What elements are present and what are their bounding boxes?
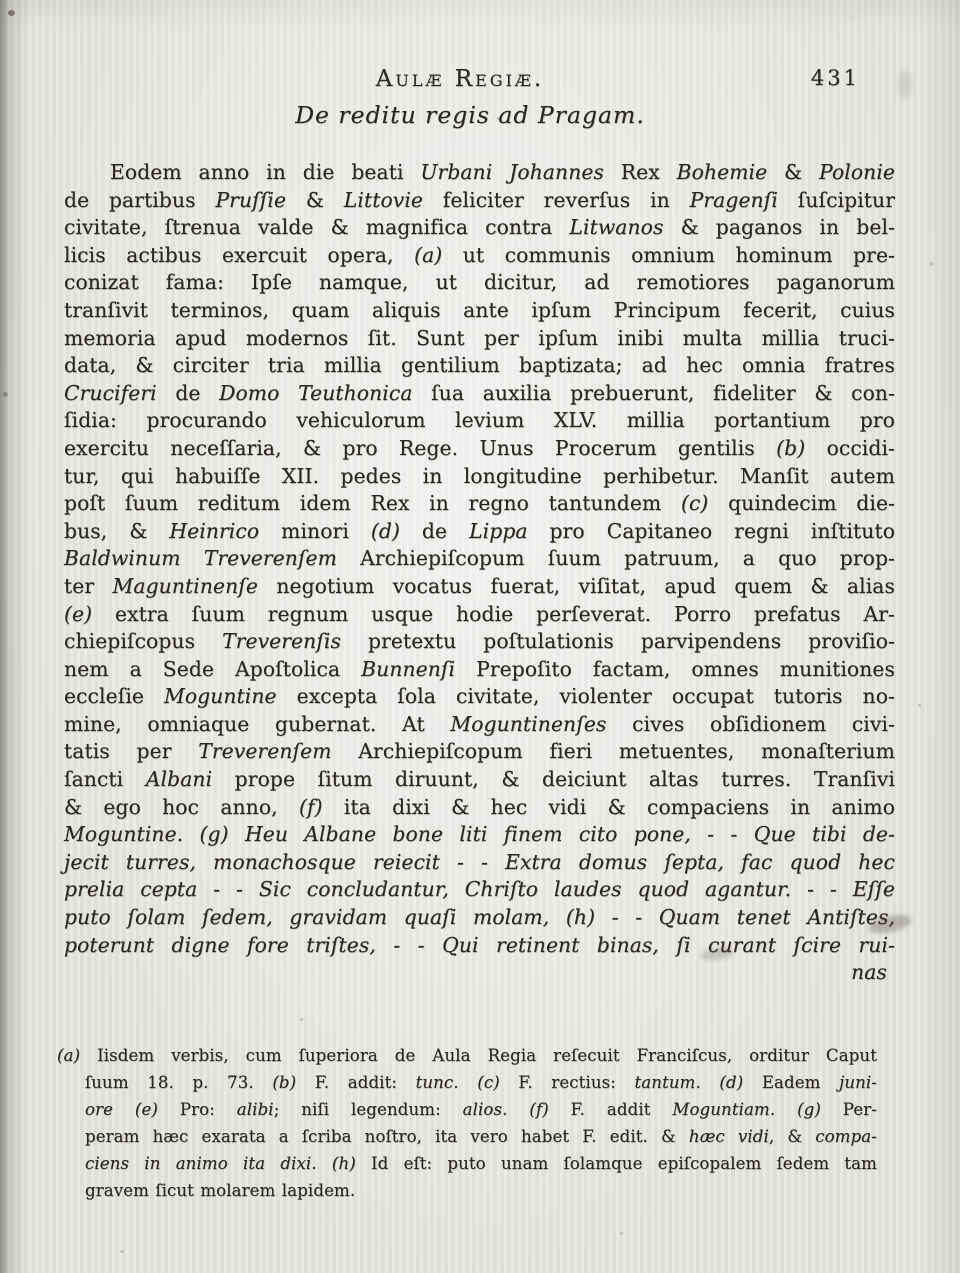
text-run: Pro: bbox=[158, 1100, 237, 1119]
text-run bbox=[459, 1073, 478, 1092]
text-run: ſua auxilia prebuerunt, fideliter & con- bbox=[413, 381, 895, 405]
text-line: eccleſie Moguntine excepta ſola civitate… bbox=[64, 683, 895, 711]
text-run: ſancti bbox=[64, 767, 146, 791]
text-line: (e) extra ſuum regnum usque hodie perſev… bbox=[64, 601, 895, 629]
italic-text-run: (a) bbox=[57, 1046, 80, 1065]
text-line: nem a Sede Apoſtolica Bunnenſi Prepoſito… bbox=[64, 656, 895, 684]
running-header-title: Aulæ Regiæ. bbox=[0, 66, 920, 92]
italic-text-run: ore bbox=[85, 1100, 113, 1119]
text-run: F. addit: bbox=[296, 1073, 415, 1092]
text-run: feliciter reverſus in bbox=[423, 188, 690, 212]
text-run: Prepoſito factam, omnes munitiones bbox=[455, 657, 895, 681]
text-run: ; niſi legendum: bbox=[274, 1100, 463, 1119]
text-line: Moguntine. (g) Heu Albane bone liti fine… bbox=[64, 821, 895, 849]
italic-text-run: ciens in animo ita dixi. bbox=[85, 1154, 317, 1173]
text-run: & bbox=[767, 160, 819, 184]
italic-text-run: poterunt digne fore triſtes, - - Qui ret… bbox=[64, 933, 895, 957]
body-text: Eodem anno in die beati Urbani Johannes … bbox=[64, 159, 895, 987]
text-line: memoria apud modernos ſit. Sunt per ipſu… bbox=[64, 325, 895, 353]
text-run: negotium vocatus fuerat, viſitat, apud q… bbox=[258, 574, 895, 598]
ink-smudge bbox=[898, 70, 912, 100]
scanned-book-page: Aulæ Regiæ. 431 De reditu regis ad Praga… bbox=[0, 0, 960, 1273]
italic-text-run: (a) bbox=[414, 243, 442, 267]
text-run: ſuſcipitur bbox=[778, 188, 895, 212]
italic-text-run: (d) bbox=[371, 519, 400, 543]
text-run bbox=[775, 1100, 797, 1119]
italic-text-run: hæc vidi bbox=[689, 1127, 769, 1146]
italic-text-run: Heinrico bbox=[169, 519, 259, 543]
text-run: pretextu poſtulationis parvipendens prov… bbox=[341, 629, 895, 653]
text-line: conizat fama: Ipſe namque, ut dicitur, a… bbox=[64, 269, 895, 297]
paper-speck bbox=[3, 392, 8, 397]
catchword: nas bbox=[64, 959, 895, 987]
paper-speck bbox=[300, 1018, 303, 1021]
italic-text-run: (b) bbox=[776, 436, 805, 460]
text-line: jecit turres, monachosque reiecit - - Ex… bbox=[64, 849, 895, 877]
paper-speck bbox=[8, 10, 15, 16]
italic-text-run: tantum. bbox=[635, 1073, 701, 1092]
text-run: Iisdem verbis, cum ſuperiora de Aula Reg… bbox=[80, 1046, 877, 1065]
text-line: puto ſolam ſedem, gravidam quaſi molam, … bbox=[64, 904, 895, 932]
paper-speck bbox=[918, 704, 921, 707]
text-run: F. rectius: bbox=[500, 1073, 635, 1092]
italic-text-run: alios. bbox=[463, 1100, 508, 1119]
text-run: eccleſie bbox=[64, 684, 164, 708]
italic-text-run: Baldwinum Treverenſem bbox=[64, 546, 337, 570]
text-run: Archiepiſcopum ſuum patruum, a quo prop- bbox=[337, 546, 895, 570]
text-run: Archiepiſcopum fieri metuentes, monaſter… bbox=[332, 739, 895, 763]
italic-text-run: Lippa bbox=[469, 519, 528, 543]
paper-speck bbox=[930, 262, 933, 266]
text-line: ſidia: procurando vehiculorum levium XLV… bbox=[64, 407, 895, 435]
paper-speck bbox=[120, 1250, 124, 1253]
text-run bbox=[317, 1154, 332, 1173]
text-run: de bbox=[400, 519, 469, 543]
text-line: licis actibus exercuit opera, (a) ut com… bbox=[64, 242, 895, 270]
text-run: data, & circiter tria millia gentilium b… bbox=[64, 353, 895, 377]
text-run: , & bbox=[769, 1127, 815, 1146]
text-line: ore (e) Pro: alibi; niſi legendum: alios… bbox=[57, 1096, 877, 1123]
text-run: tatis per bbox=[64, 739, 198, 763]
text-run: Rex bbox=[604, 160, 677, 184]
text-run: quindecim die- bbox=[708, 491, 895, 515]
footnotes-block: (a) Iisdem verbis, cum ſuperiora de Aula… bbox=[57, 1042, 877, 1204]
text-run: ſidia: procurando vehiculorum levium XLV… bbox=[64, 408, 895, 432]
text-run: pro Capitaneo regni inſtituto bbox=[528, 519, 895, 543]
italic-text-run: Cruciferi bbox=[64, 381, 157, 405]
italic-text-run: Pruſſie bbox=[215, 188, 286, 212]
text-run: ut communis omnium hominum pre- bbox=[442, 243, 895, 267]
italic-text-run: Bunnenſi bbox=[361, 657, 455, 681]
italic-text-run: puto ſolam ſedem, gravidam quaſi molam, … bbox=[64, 905, 895, 929]
text-run: de bbox=[157, 381, 219, 405]
text-line: prelia cepta - - Sic concludantur, Chriſ… bbox=[64, 876, 895, 904]
text-line: de partibus Pruſſie & Littovie feliciter… bbox=[64, 187, 895, 215]
text-line: civitate, ſtrenua valde & magnifica cont… bbox=[64, 214, 895, 242]
text-line: ſuum 18. p. 73. (b) F. addit: tunc. (c) … bbox=[57, 1069, 877, 1096]
italic-text-run: Treverenſem bbox=[198, 739, 331, 763]
text-run: licis actibus exercuit opera, bbox=[64, 243, 414, 267]
text-run: F. addit bbox=[549, 1100, 673, 1119]
text-line: peram hæc exarata a ſcriba noſtro, ita v… bbox=[57, 1123, 877, 1150]
text-run: tur, qui habuiſſe XII. pedes in longitud… bbox=[64, 464, 895, 488]
text-run bbox=[508, 1100, 530, 1119]
text-line: bus, & Heinrico minori (d) de Lippa pro … bbox=[64, 518, 895, 546]
text-run: ita dixi & hec vidi & compaciens in anim… bbox=[323, 795, 895, 819]
text-line: Cruciferi de Domo Teuthonica ſua auxilia… bbox=[64, 380, 895, 408]
italic-text-run: Pragenſi bbox=[690, 188, 778, 212]
italic-text-run: prelia cepta - - Sic concludantur, Chriſ… bbox=[64, 877, 895, 901]
italic-text-run: (d) bbox=[719, 1073, 743, 1092]
italic-text-run: juni- bbox=[839, 1073, 877, 1092]
italic-text-run: (c) bbox=[477, 1073, 500, 1092]
italic-text-run: (e) bbox=[64, 602, 92, 626]
italic-text-run: Moguntiam. bbox=[672, 1100, 775, 1119]
text-run bbox=[113, 1100, 135, 1119]
paper-speck bbox=[497, 117, 500, 120]
text-line: tur, qui habuiſſe XII. pedes in longitud… bbox=[64, 463, 895, 491]
italic-text-run: Maguntinenſe bbox=[113, 574, 258, 598]
text-line: poterunt digne fore triſtes, - - Qui ret… bbox=[64, 932, 895, 960]
text-run: bus, & bbox=[64, 519, 169, 543]
text-run: memoria apud modernos ſit. Sunt per ipſu… bbox=[64, 326, 895, 350]
italic-text-run: Moguntinenſes bbox=[450, 712, 606, 736]
text-run: Id eſt: puto unam ſolamque epiſcopalem ſ… bbox=[356, 1154, 877, 1173]
italic-text-run: (g) bbox=[797, 1100, 821, 1119]
text-run: extra ſuum regnum usque hodie perſeverat… bbox=[92, 602, 895, 626]
text-line: Baldwinum Treverenſem Archiepiſcopum ſuu… bbox=[64, 545, 895, 573]
text-line: chiepiſcopus Treverenſis pretextu poſtul… bbox=[64, 628, 895, 656]
italic-text-run: Littovie bbox=[344, 188, 423, 212]
italic-text-run: (f) bbox=[529, 1100, 548, 1119]
text-run: exercitu neceſſaria, & pro Rege. Unus Pr… bbox=[64, 436, 776, 460]
italic-text-run: Albani bbox=[146, 767, 212, 791]
text-run: Eadem bbox=[743, 1073, 839, 1092]
text-run: tranſivit terminos, quam aliquis ante ip… bbox=[64, 298, 895, 322]
text-run: nem a Sede Apoſtolica bbox=[64, 657, 361, 681]
text-run bbox=[701, 1073, 720, 1092]
text-line: tranſivit terminos, quam aliquis ante ip… bbox=[64, 297, 895, 325]
text-line: Eodem anno in die beati Urbani Johannes … bbox=[64, 159, 895, 187]
text-run: civitate, ſtrenua valde & magnifica cont… bbox=[64, 215, 569, 239]
italic-text-run: (c) bbox=[681, 491, 708, 515]
italic-text-run: (f) bbox=[299, 795, 323, 819]
italic-text-run: Polonie bbox=[819, 160, 895, 184]
text-line: gravem ſicut molarem lapidem. bbox=[57, 1177, 877, 1204]
text-line: (a) Iisdem verbis, cum ſuperiora de Aula… bbox=[57, 1042, 877, 1069]
text-run: conizat fama: Ipſe namque, ut dicitur, a… bbox=[64, 270, 895, 294]
text-line: mine, omniaque gubernat. At Moguntinenſe… bbox=[64, 711, 895, 739]
page-number: 431 bbox=[811, 66, 860, 90]
italic-text-run: Domo Teuthonica bbox=[219, 381, 412, 405]
text-line: data, & circiter tria millia gentilium b… bbox=[64, 352, 895, 380]
text-run: gravem ſicut molarem lapidem. bbox=[85, 1181, 355, 1200]
text-run: ter bbox=[64, 574, 113, 598]
text-run: poſt ſuum reditum idem Rex in regno tant… bbox=[64, 491, 681, 515]
text-line: ciens in animo ita dixi. (h) Id eſt: put… bbox=[57, 1150, 877, 1177]
paper-speck bbox=[620, 1232, 623, 1235]
italic-text-run: Treverenſis bbox=[222, 629, 341, 653]
text-run: chiepiſcopus bbox=[64, 629, 222, 653]
italic-text-run: Moguntine bbox=[164, 684, 277, 708]
text-run: & ego hoc anno, bbox=[64, 795, 299, 819]
italic-text-run: (e) bbox=[135, 1100, 158, 1119]
italic-text-run: Moguntine. (g) Heu Albane bone liti fine… bbox=[64, 822, 895, 846]
italic-text-run: tunc. bbox=[416, 1073, 459, 1092]
italic-text-run: Urbani Johannes bbox=[420, 160, 604, 184]
italic-text-run: jecit turres, monachosque reiecit - - Ex… bbox=[64, 850, 895, 874]
text-run: Per- bbox=[821, 1100, 877, 1119]
italic-text-run: alibi bbox=[237, 1100, 274, 1119]
text-run: mine, omniaque gubernat. At bbox=[64, 712, 450, 736]
italic-text-run: Bohemie bbox=[677, 160, 768, 184]
italic-text-run: Litwanos bbox=[569, 215, 663, 239]
text-run: de partibus bbox=[64, 188, 215, 212]
text-line: ſancti Albani prope ſitum diruunt, & dei… bbox=[64, 766, 895, 794]
text-line: & ego hoc anno, (f) ita dixi & hec vidi … bbox=[64, 794, 895, 822]
italic-text-run: compa- bbox=[815, 1127, 877, 1146]
chapter-subtitle: De reditu regis ad Pragam. bbox=[0, 101, 940, 129]
text-run: occidi- bbox=[805, 436, 895, 460]
text-line: exercitu neceſſaria, & pro Rege. Unus Pr… bbox=[64, 435, 895, 463]
text-run: ſuum 18. p. 73. bbox=[85, 1073, 272, 1092]
italic-text-run: (b) bbox=[272, 1073, 296, 1092]
text-run: peram hæc exarata a ſcriba noſtro, ita v… bbox=[85, 1127, 689, 1146]
text-run: Eodem anno in die beati bbox=[110, 160, 420, 184]
text-line: ter Maguntinenſe negotium vocatus fuerat… bbox=[64, 573, 895, 601]
text-line: tatis per Treverenſem Archiepiſcopum fie… bbox=[64, 738, 895, 766]
italic-text-run: (h) bbox=[332, 1154, 356, 1173]
text-run: excepta ſola civitate, violenter occupat… bbox=[277, 684, 895, 708]
text-run: & bbox=[286, 188, 344, 212]
text-run: prope ſitum diruunt, & deiciunt altas tu… bbox=[212, 767, 895, 791]
text-line: poſt ſuum reditum idem Rex in regno tant… bbox=[64, 490, 895, 518]
text-run: minori bbox=[259, 519, 371, 543]
text-run: cives obſidionem civi- bbox=[606, 712, 895, 736]
text-run: & paganos in bel- bbox=[663, 215, 895, 239]
